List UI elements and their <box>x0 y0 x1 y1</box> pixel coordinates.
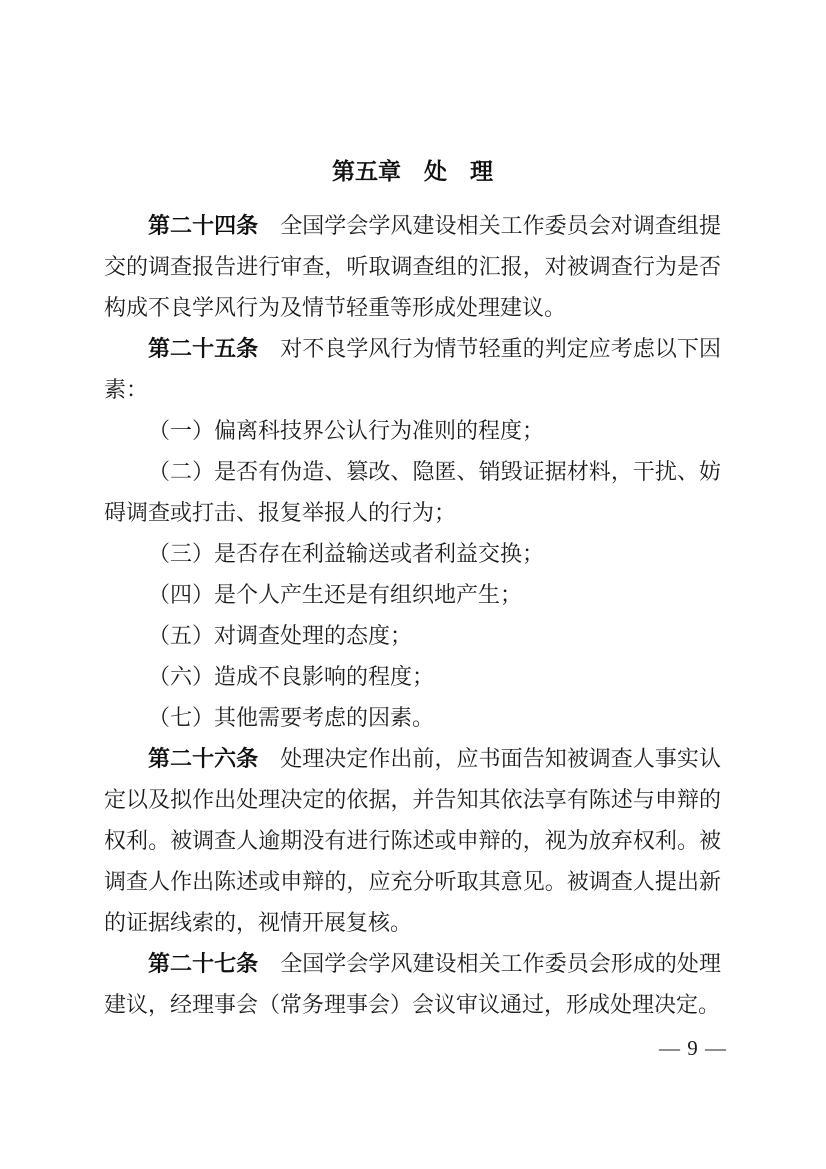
list-item: （五）对调查处理的态度； <box>104 615 721 656</box>
list-item: （六）造成不良影响的程度； <box>104 656 721 697</box>
paragraph-text: （六）造成不良影响的程度； <box>148 664 434 689</box>
list-item: （三）是否存在利益输送或者利益交换； <box>104 533 721 574</box>
article-number: 第二十七条 <box>148 951 258 976</box>
page-number: — 9 — <box>659 1035 727 1061</box>
paragraph-list: 第二十四条全国学会学风建设相关工作委员会对调查组提交的调查报告进行审查，听取调查… <box>104 205 721 1025</box>
list-item: （七）其他需要考虑的因素。 <box>104 697 721 738</box>
list-item: （四）是个人产生还是有组织地产生； <box>104 574 721 615</box>
article-number: 第二十六条 <box>148 746 258 771</box>
paragraph-text: （七）其他需要考虑的因素。 <box>148 705 434 730</box>
article-paragraph: 第二十四条全国学会学风建设相关工作委员会对调查组提交的调查报告进行审查，听取调查… <box>104 205 721 328</box>
paragraph-text: （三）是否存在利益输送或者利益交换； <box>148 541 544 566</box>
document-page: 第五章 处 理 第二十四条全国学会学风建设相关工作委员会对调查组提交的调查报告进… <box>0 0 826 1169</box>
article-paragraph: 第二十六条处理决定作出前，应书面告知被调查人事实认定以及拟作出处理决定的依据，并… <box>104 738 721 943</box>
list-item: （一）偏离科技界公认行为准则的程度； <box>104 410 721 451</box>
article-number: 第二十五条 <box>148 336 258 361</box>
paragraph-text: 处理决定作出前，应书面告知被调查人事实认定以及拟作出处理决定的依据，并告知其依法… <box>104 746 721 935</box>
paragraph-text: （四）是个人产生还是有组织地产生； <box>148 582 522 607</box>
page-content: 第五章 处 理 第二十四条全国学会学风建设相关工作委员会对调查组提交的调查报告进… <box>104 157 721 1025</box>
paragraph-text: （一）偏离科技界公认行为准则的程度； <box>148 418 544 443</box>
chapter-title: 第五章 处 理 <box>104 157 721 185</box>
article-paragraph: 第二十七条全国学会学风建设相关工作委员会形成的处理建议，经理事会（常务理事会）会… <box>104 943 721 1025</box>
article-number: 第二十四条 <box>148 213 258 238</box>
article-paragraph: 第二十五条对不良学风行为情节轻重的判定应考虑以下因素： <box>104 328 721 410</box>
paragraph-text: （五）对调查处理的态度； <box>148 623 412 648</box>
paragraph-text: （二）是否有伪造、篡改、隐匿、销毁证据材料，干扰、妨碍调查或打击、报复举报人的行… <box>104 459 721 525</box>
list-item: （二）是否有伪造、篡改、隐匿、销毁证据材料，干扰、妨碍调查或打击、报复举报人的行… <box>104 451 721 533</box>
